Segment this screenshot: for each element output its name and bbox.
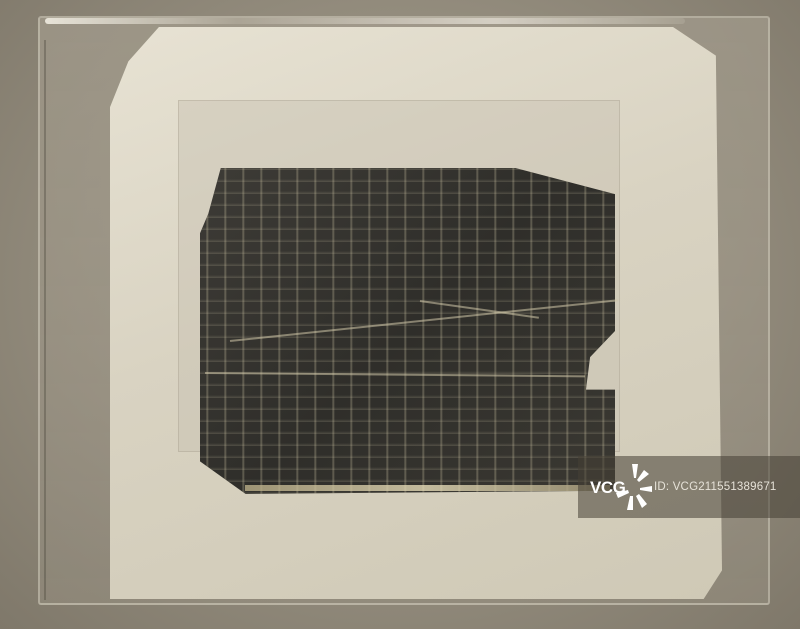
inscription-rubbing [200,168,615,494]
watermark-id: ID: VCG211551389671 [654,481,777,493]
glass-reflection [45,18,685,24]
vcg-logo: VCG [578,456,648,518]
rubbing-bottom-edge [245,485,610,491]
inscription-title: 醉翁亭记 [0,0,1,1]
case-edge-line [44,40,46,600]
museum-display-photo: 醉翁亭记 VCG ID: VCG211551389671 [0,0,800,629]
vcg-watermark: VCG ID: VCG211551389671 [578,456,800,518]
vcg-brand-text: VCG [590,478,625,498]
